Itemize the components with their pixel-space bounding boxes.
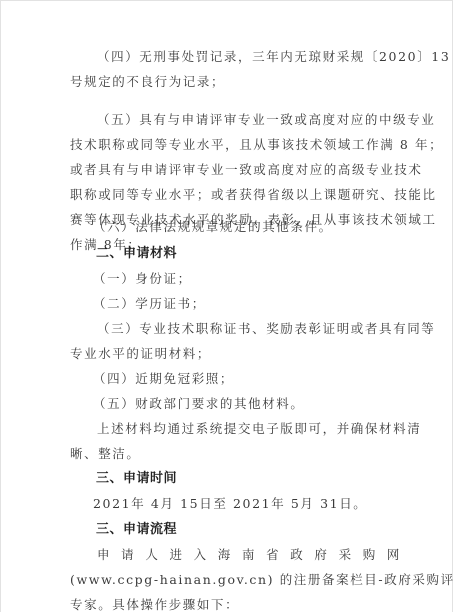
- paragraph-line: 技术职称或同等专业水平，且从事该技术领域工作满 8 年；: [70, 137, 400, 153]
- paragraph-line: （五）财政部门要求的其他材料。: [93, 396, 423, 412]
- paragraph-line: 上述材料均通过系统提交电子版即可，并确保材料清: [97, 421, 401, 437]
- paragraph-line: 申 请 人 进 入 海 南 省 政 府 采 购 网: [97, 547, 401, 563]
- paragraph-line: 专家。具体操作步骤如下：: [70, 597, 400, 612]
- paragraph-line: （一）身份证；: [93, 271, 423, 287]
- paragraph-line: （四）近期免冠彩照；: [93, 371, 423, 387]
- section-heading: 三、申请时间: [96, 471, 426, 487]
- paragraph-line: （四）无刑事处罚记录，三年内无琼财采规〔2020〕13: [97, 49, 401, 65]
- section-heading: 三、申请流程: [96, 522, 426, 538]
- paragraph-line: 2021年 4月 15日至 2021年 5月 31日。: [93, 496, 423, 512]
- paragraph-line: (www.ccpg-hainan.gov.cn) 的注册备案栏目-政府采购评审: [70, 572, 400, 588]
- paragraph-line: （五）具有与申请评审专业一致或高度对应的中级专业: [97, 112, 401, 128]
- section-heading: 二、申请材料: [96, 246, 426, 262]
- paragraph-line: （二）学历证书；: [93, 296, 423, 312]
- paragraph-line: （三）专业技术职称证书、奖励表彰证明或者具有同等: [97, 321, 401, 337]
- paragraph-line: 专业水平的证明材料；: [70, 346, 400, 362]
- paragraph-line: （六）法律法规规章规定的其他条件。: [93, 219, 423, 235]
- paragraph-line: 晰、整洁。: [70, 446, 400, 462]
- paragraph-line: 职称或同等专业水平；或者获得省级以上课题研究、技能比: [70, 187, 400, 203]
- paragraph-line: 号规定的不良行为记录；: [70, 74, 400, 90]
- document-page: （四）无刑事处罚记录，三年内无琼财采规〔2020〕13号规定的不良行为记录；（五…: [0, 0, 453, 612]
- paragraph-line: 或者具有与申请评审专业一致或高度对应的高级专业技术: [70, 162, 400, 178]
